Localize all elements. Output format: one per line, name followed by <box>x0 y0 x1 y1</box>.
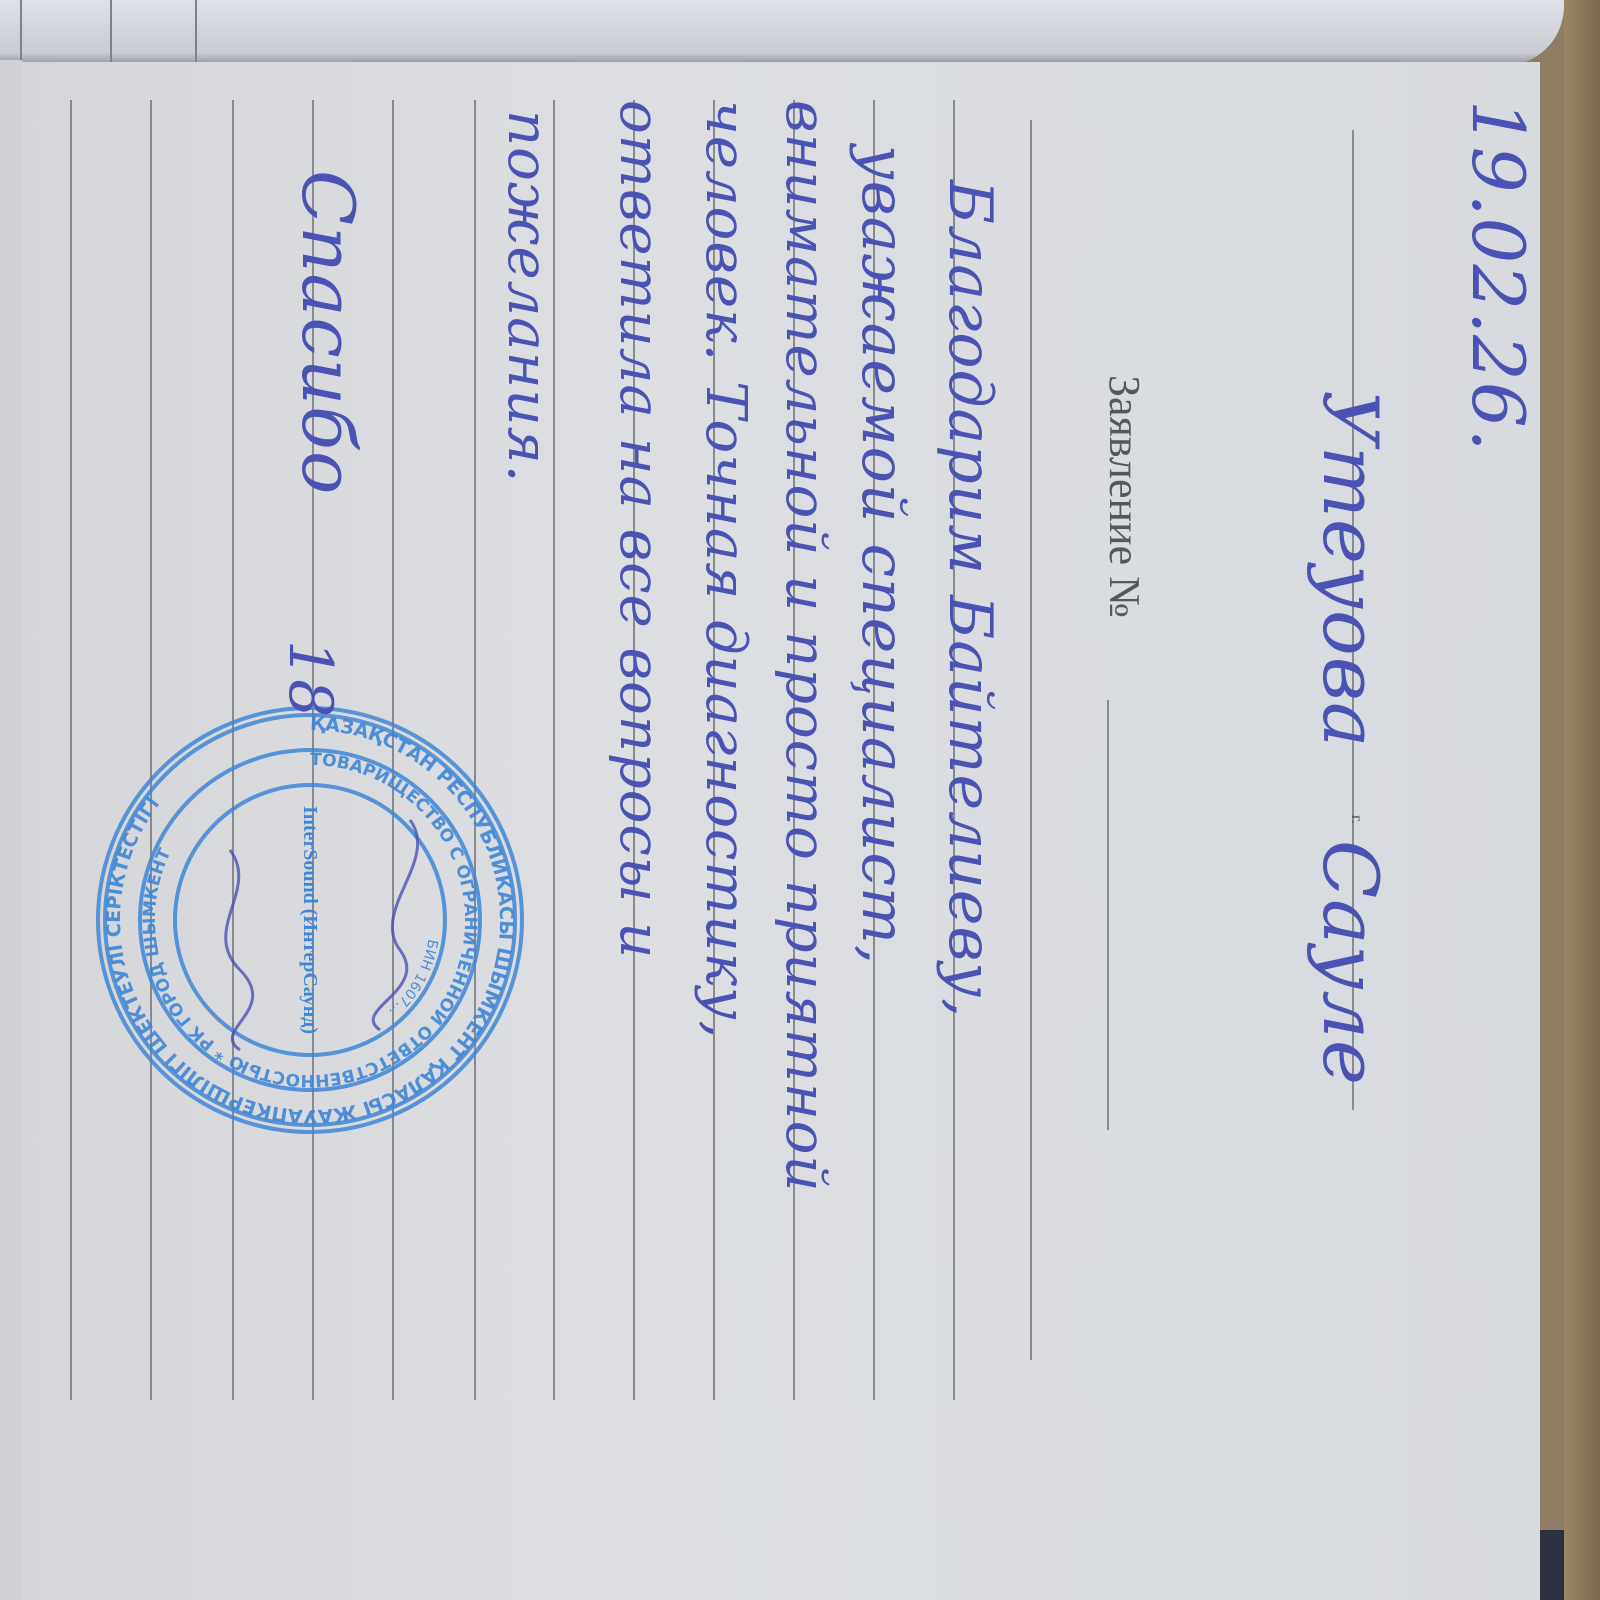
statement-title: Заявление № <box>1099 375 1150 618</box>
signature-scribble <box>226 820 418 1050</box>
closing-thanks: Спасибо <box>286 170 370 495</box>
body-line-1: Благодарим Байтелиеву, <box>935 180 1005 1018</box>
stamp-center-text: InterSound (ИнтерСаунд) <box>299 806 321 1034</box>
page-left-edge <box>0 60 22 1600</box>
body-line-5: ответила на все вопросы и <box>607 100 672 959</box>
previous-page-edge <box>0 0 1564 66</box>
ruled-line <box>195 0 197 66</box>
body-line-3: внимательной и просто приятной <box>773 100 838 1193</box>
city-marker-printed: г. <box>1347 815 1365 824</box>
signature-mark: 18 <box>275 640 345 718</box>
wooden-table-edge <box>1564 0 1600 1600</box>
ruled-line <box>110 0 112 66</box>
header-name-left: Утеуова <box>1306 390 1395 748</box>
date-handwritten: 19.02.26. <box>1456 100 1540 453</box>
company-stamp: ҚАЗАҚСТАН РЕСПУБЛИКАСЫ ШЫМКЕНТ ҚАЛАСЫ ЖА… <box>90 700 530 1140</box>
body-line-4: человек. Точная диагностику, <box>693 100 758 1039</box>
body-line-2: уважаемой специалист, <box>848 145 918 965</box>
ruled-line <box>20 0 22 66</box>
body-line-6: пожелания. <box>495 110 560 483</box>
header-name-right: Сауле <box>1306 840 1395 1086</box>
